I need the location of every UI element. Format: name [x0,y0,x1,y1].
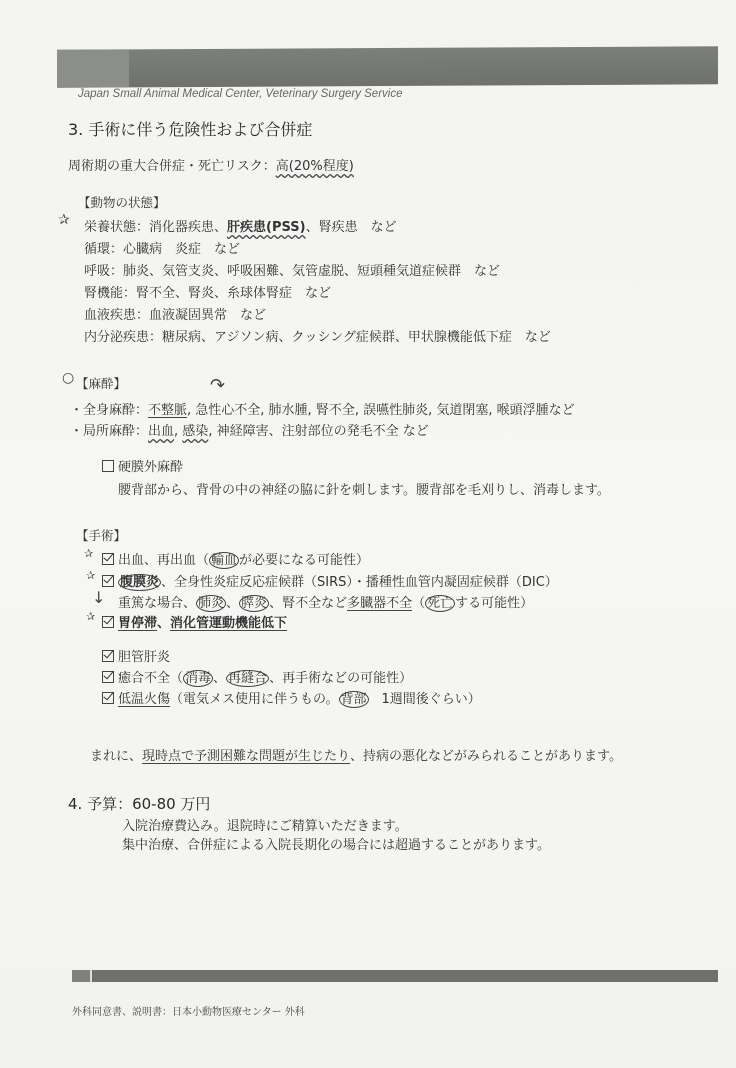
animal-item-renal: 腎機能：腎不全、腎炎、糸球体腎症 など [84,282,331,301]
footer-text: 外科同意書、説明書：日本小動物医療センター 外科 [72,1003,305,1018]
local-anesthesia-line: ・局所麻酔：出血, 感染, 神経障害、注射部位の発毛不全 など [70,420,429,439]
star-mark-icon: ✰ [86,569,95,582]
animal-item-circulation: 循環：心臓病 炎症 など [84,238,240,257]
surgery-heading: 【手術】 [76,526,126,544]
burn-checkbox[interactable] [102,692,114,704]
star-mark-icon: ✰ [86,610,95,623]
document-page: Japan Small Animal Medical Center, Veter… [0,0,736,1068]
epidural-checkbox[interactable] [102,460,114,472]
circle-mark-icon: ○ [62,370,74,386]
epidural-description: 腰背部から、背骨の中の神経の脇に針を刺します。腰背部を毛刈りし、消毒します。 [118,479,610,498]
surgery-item-burn[interactable]: 低温火傷（電気メス使用に伴うもの。背部 1週間後ぐらい） [102,688,481,707]
risk-line: 周術期の重大合併症・死亡リスク：高(20%程度) [68,155,354,174]
cholangiohepatitis-checkbox[interactable] [102,650,114,662]
rare-risk-note: まれに、現時点で予測困難な問題が生じたり、持病の悪化などがみられることがあります… [90,745,622,764]
budget-line-2: 集中治療、合併症による入院長期化の場合には超過することがあります。 [122,834,550,853]
risk-value: 高(20%程度) [276,159,354,174]
animal-item-respiration: 呼吸：肺炎、気管支炎、呼吸困難、気管虚脱、短頭種気道症候群 など [84,260,500,279]
epidural-option[interactable]: 硬膜外麻酔 [102,456,183,475]
dehiscence-checkbox[interactable] [102,671,114,683]
animal-item-blood: 血液疾患：血液凝固異常 など [84,304,266,323]
animal-item-nutrition: 栄養状態：消化器疾患、肝疾患(PSS)、腎疾患 など [84,216,397,235]
general-anesthesia-line: ・全身麻酔：不整脈, 急性心不全, 肺水腫, 腎不全, 誤嚥性肺炎, 気道閉塞,… [70,399,575,418]
surgery-item-peritonitis[interactable]: 腹膜炎、全身性炎症反応症候群（SIRS）・播種性血管内凝固症候群（DIC） [102,571,558,590]
footer-bar [72,970,718,982]
arrow-mark-icon: ↷ [210,375,225,396]
peritonitis-checkbox[interactable] [102,575,114,587]
surgery-item-gastric[interactable]: 胃停滞、消化管運動機能低下 [102,612,287,631]
surgery-item-bleeding[interactable]: 出血、再出血（輸血が必要になる可能性） [102,549,369,568]
bleeding-checkbox[interactable] [102,553,114,565]
gastric-checkbox[interactable] [102,616,114,628]
anesthesia-heading: 【麻酔】 [76,374,126,392]
star-mark-icon: ✰ [58,212,70,228]
section-3-title: 3. 手術に伴う危険性および合併症 [68,117,312,140]
animal-heading: 【動物の状態】 [78,193,166,211]
animal-item-endocrine: 内分泌疾患：糖尿病、アジソン病、クッシング症候群、甲状腺機能低下症 など [84,326,551,345]
surgery-item-cholangiohepatitis[interactable]: 胆管肝炎 [102,646,170,665]
star-mark-icon: ✰ [84,547,93,560]
surgery-item-severe: 重篤な場合、肺炎、膵炎、腎不全など多臓器不全（死亡する可能性） [118,592,533,611]
header-bar [57,46,718,87]
surgery-item-dehiscence[interactable]: 癒合不全（消毒、再縫合、再手術などの可能性） [102,667,412,686]
header-subtitle: Japan Small Animal Medical Center, Veter… [78,88,402,100]
section-4-title: 4. 予算：60-80 万円 [68,793,210,814]
budget-line-1: 入院治療費込み。退院時にご精算いただきます。 [122,815,408,834]
down-arrow-mark-icon: ↓ [92,588,105,607]
